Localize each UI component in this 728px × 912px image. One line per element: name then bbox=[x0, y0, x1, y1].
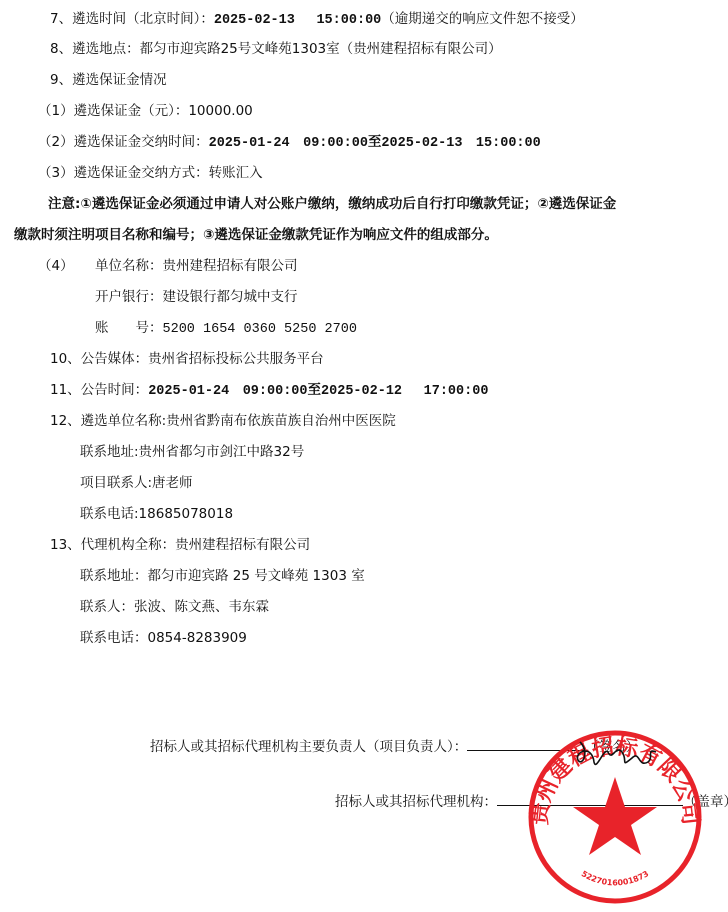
item-9-account: 账 号：5200 1654 0360 5250 2700 bbox=[95, 319, 357, 339]
account-number: 5200 1654 0360 5250 2700 bbox=[163, 322, 357, 337]
item-8: 8、遴选地点：都匀市迎宾路25号文峰苑1303室（贵州建程招标有限公司） bbox=[50, 40, 502, 58]
item-7-value: 2025-02-13 15:00:00 bbox=[214, 13, 381, 28]
item-9-title: 9、遴选保证金情况 bbox=[50, 71, 167, 89]
item-10: 10、公告媒体：贵州省招标投标公共服务平台 bbox=[50, 350, 324, 368]
item-11: 11、公告时间：2025-01-24 09:00:00至2025-02-12 1… bbox=[50, 381, 488, 401]
sub4-prefix: （4） bbox=[38, 257, 95, 275]
svg-text:5227016001873: 5227016001873 bbox=[580, 869, 651, 887]
signature-org-label: 招标人或其招标代理机构： bbox=[335, 794, 497, 810]
item-9-deposit-method: （3）遴选保证金交纳方式：转账汇入 bbox=[38, 164, 263, 182]
seal-serial: 5227016001873 bbox=[580, 869, 651, 887]
item-9-account-unit: （4）单位名称：贵州建程招标有限公司 bbox=[38, 257, 298, 275]
deposit-time-value: 2025-01-24 09:00:00至2025-02-13 15:00:00 bbox=[209, 136, 541, 151]
item-9-deposit-time: （2）遴选保证金交纳时间：2025-01-24 09:00:00至2025-02… bbox=[38, 133, 541, 153]
signature-person-label: 招标人或其招标代理机构主要负责人（项目负责人）： bbox=[150, 739, 467, 755]
company-seal-icon: 贵州建程招标有限公司 5227016001873 bbox=[520, 722, 710, 912]
item-13-title: 13、代理机构全称：贵州建程招标有限公司 bbox=[50, 536, 310, 554]
deposit-note-line-1: 注意:①遴选保证金必须通过申请人对公账户缴纳，缴纳成功后自行打印缴款凭证；②遴选… bbox=[48, 195, 616, 213]
item-7-note: （逾期递交的响应文件恕不接受） bbox=[381, 11, 584, 27]
item-11-value: 2025-01-24 09:00:00至2025-02-12 17:00:00 bbox=[148, 384, 488, 399]
item-7: 7、遴选时间（北京时间）：2025-02-13 15:00:00（逾期递交的响应… bbox=[50, 10, 584, 30]
unit-name: 单位名称：贵州建程招标有限公司 bbox=[95, 258, 298, 274]
item-9-bank: 开户银行：建设银行都匀城中支行 bbox=[95, 288, 298, 306]
item-12-phone: 联系电话:18685078018 bbox=[80, 505, 233, 523]
item-12-title: 12、遴选单位名称:贵州省黔南布依族苗族自治州中医医院 bbox=[50, 412, 396, 430]
item-13-address: 联系地址：都匀市迎宾路 25 号文峰苑 1303 室 bbox=[80, 567, 365, 585]
account-label: 账 号： bbox=[95, 320, 163, 336]
deposit-time-label: （2）遴选保证金交纳时间： bbox=[38, 134, 209, 150]
deposit-note-line-2: 缴款时须注明项目名称和编号；③遴选保证金缴款凭证作为响应文件的组成部分。 bbox=[14, 226, 498, 244]
item-12-contact: 项目联系人:唐老师 bbox=[80, 474, 193, 492]
item-12-address: 联系地址:贵州省都匀市剑江中路32号 bbox=[80, 443, 304, 461]
item-11-label: 11、公告时间： bbox=[50, 382, 148, 398]
item-9-deposit-amount: （1）遴选保证金（元）：10000.00 bbox=[38, 102, 253, 120]
item-13-contacts: 联系人：张波、陈文燕、韦东霖 bbox=[80, 598, 269, 616]
item-13-phone: 联系电话：0854-8283909 bbox=[80, 629, 247, 647]
item-7-label: 7、遴选时间（北京时间）： bbox=[50, 11, 214, 27]
